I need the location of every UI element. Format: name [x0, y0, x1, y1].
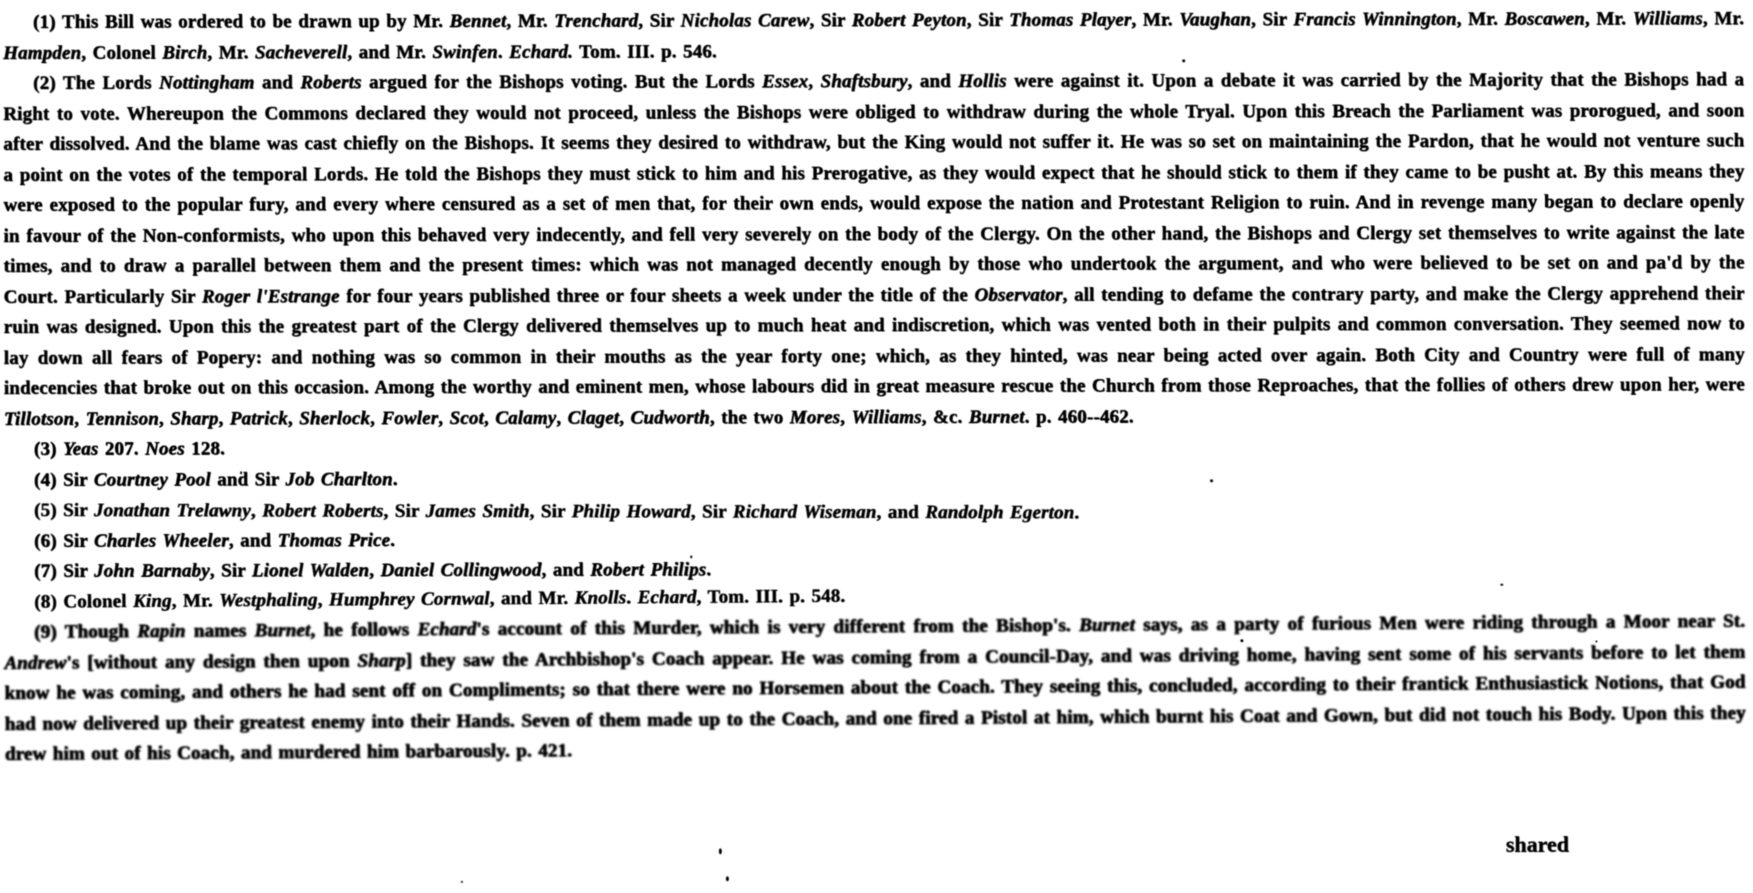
footnote-number: (8)	[34, 591, 63, 612]
footnote-text: , Mr.	[1131, 9, 1179, 30]
footnote-name-italic: Sacheverell	[255, 42, 347, 63]
footnote-name-italic: Nicholas Carew	[681, 10, 810, 31]
footnote-text: .	[1074, 502, 1079, 523]
footnote-name-italic: Robert Peyton	[852, 10, 967, 31]
footnote-text: Sir	[63, 500, 94, 521]
footnote-name-italic: Sherlock	[299, 408, 370, 429]
footnote-name-italic: Boscawen	[1504, 9, 1584, 30]
footnote-name-italic: Williams	[1633, 8, 1703, 29]
footnote-text: Sir	[63, 561, 94, 582]
footnote-text: ,	[370, 408, 381, 429]
footnotes-list: (1) This Bill was ordered to be drawn up…	[0, 0, 1753, 770]
footnote-number: (5)	[34, 500, 63, 521]
footnote-name-italic: Trenchard	[554, 10, 638, 31]
footnote-text: , the two	[710, 407, 790, 428]
footnote-text: , and	[908, 71, 959, 92]
footnote-name-italic: Andrew	[4, 652, 66, 673]
footnote-name-italic: Hampden	[3, 42, 81, 63]
ink-speck	[726, 876, 729, 881]
footnote-name-italic: Echard.	[509, 41, 573, 62]
footnote-name-italic: John Barnaby	[94, 560, 210, 581]
footnote: (9) Though Rapin names Burnet, he follow…	[4, 607, 1746, 771]
ink-speck	[690, 555, 692, 558]
footnote-text: .	[393, 469, 398, 490]
footnote-name-italic: Yeas	[63, 439, 98, 460]
footnote-text: ,	[318, 589, 329, 610]
footnote-name-italic: Thomas Player	[1009, 9, 1131, 30]
footnote-name-italic: Roberts	[300, 72, 361, 93]
footnote-name-italic: Observator	[975, 284, 1063, 305]
footnote: (1) This Bill was ordered to be drawn up…	[3, 4, 1744, 69]
footnote-text: argued for the Bishops voting. But the L…	[362, 71, 762, 93]
footnote-name-italic: Essex	[762, 71, 808, 92]
footnote-number: (4)	[34, 469, 63, 490]
footnote-number: (7)	[34, 561, 63, 582]
footnote-text: ,	[288, 408, 299, 429]
footnote-text: , Mr.	[207, 42, 255, 63]
footnote-text: 's [without any design then upon	[66, 650, 357, 673]
footnote-number: (3)	[34, 439, 63, 460]
footnote-text: , Sir	[967, 10, 1009, 31]
footnote-name-italic: Courtney Pool	[94, 469, 211, 490]
footnote-text: , Mr.	[506, 11, 554, 32]
footnote-name-italic: Burnet	[969, 406, 1025, 427]
footnote-text: .	[498, 41, 509, 62]
footnote: (5) Sir Jonathan Trelawny, Robert Robert…	[4, 496, 1745, 530]
footnote-name-italic: Calamy	[495, 407, 556, 428]
footnote-text: , Sir	[638, 10, 680, 31]
footnote-text: , Sir	[809, 10, 851, 31]
footnote-text: names	[185, 620, 254, 641]
footnote-text: , and	[542, 560, 591, 581]
footnote: (3) Yeas 207. Noes 128.	[4, 431, 1745, 465]
footnote-name-italic: James Smith	[426, 501, 530, 522]
footnote-name-italic: Knolls	[575, 587, 627, 608]
footnote-name-italic: Scot	[450, 407, 484, 428]
footnote-name-italic: Roger l'Estrange	[202, 286, 340, 307]
footnote: (2) The Lords Nottingham and Roberts arg…	[3, 65, 1745, 435]
footnote-name-italic: Fowler	[381, 407, 438, 428]
footnote-text: . p. 460--462.	[1025, 406, 1134, 427]
footnote-text: , he follows	[310, 619, 417, 641]
footnote-text: and Sir	[211, 469, 286, 490]
footnote-text: , Sir	[691, 501, 733, 522]
footnote-name-italic: Mores	[790, 407, 840, 428]
footnote-text: and	[255, 72, 301, 93]
footnote-name-italic: Bennet	[450, 11, 507, 32]
footnote-text: , Tom. III. p. 548.	[696, 585, 845, 607]
footnote-text: ,	[369, 560, 380, 581]
footnote-name-italic: Sharp	[170, 408, 218, 429]
ink-speck	[719, 848, 722, 854]
footnote-text: This Bill was ordered to be drawn up by …	[62, 11, 450, 33]
footnote-name-italic: Noes	[145, 438, 185, 459]
footnote-text: ,	[556, 407, 567, 428]
footnote-number: (1)	[33, 12, 62, 33]
footnote-name-italic: Burnet	[1079, 615, 1135, 636]
footnote-text: Sir	[63, 530, 94, 551]
footnote-name-italic: Williams	[851, 406, 921, 427]
ink-speck	[1595, 640, 1597, 642]
footnote-name-italic: Thomas Price	[278, 530, 391, 551]
footnote-text: , Sir	[384, 501, 426, 522]
footnote-name-italic: King	[133, 590, 172, 611]
footnote-name-italic: Nottingham	[159, 72, 255, 93]
footnote-text: 's account of this Murder, which is very…	[476, 615, 1079, 640]
footnote-text: , Sir	[1251, 9, 1293, 30]
footnote-text: Though	[65, 621, 138, 642]
footnote-text: ,	[484, 407, 495, 428]
ink-speck	[240, 471, 242, 474]
scanned-book-page: (1) This Bill was ordered to be drawn up…	[0, 0, 1753, 893]
ink-speck	[1210, 479, 1213, 482]
footnote-text: , Colonel	[81, 42, 162, 63]
footnote: (4) Sir Courtney Pool and Sir Job Charlt…	[4, 462, 1745, 496]
ink-speck	[1182, 59, 1185, 62]
footnote-name-italic: Claget	[568, 407, 620, 428]
ink-speck	[1240, 639, 1243, 642]
ink-speck	[1679, 198, 1681, 200]
ink-speck	[1099, 18, 1101, 20]
footnote-text: ,	[438, 407, 449, 428]
footnote-text: , &c.	[922, 406, 969, 427]
footnote-text: 207.	[98, 439, 145, 460]
footnote-text: , Mr.	[1703, 8, 1744, 29]
footnote-text: , and Mr.	[490, 587, 575, 609]
footnote-name-italic: Birch	[162, 42, 207, 63]
footnote-text: .	[626, 587, 637, 608]
footnote-name-italic: Echard	[417, 619, 476, 640]
footnote-text: 128.	[185, 438, 225, 459]
ink-speck	[461, 881, 463, 883]
ink-speck	[900, 512, 902, 514]
footnote-name-italic: Richard Wiseman	[733, 501, 877, 522]
footnote-text: were against it. Upon a debate it was ca…	[3, 69, 1744, 307]
footnote-text: The Lords	[63, 73, 159, 94]
footnote-name-italic: Francis Winnington	[1293, 9, 1456, 30]
footnote-text: ,	[219, 408, 230, 429]
footnote-name-italic: Patrick	[230, 408, 288, 429]
footnote-text: for four years published three or four s…	[340, 284, 975, 306]
footnote-text: , and Mr.	[347, 41, 432, 62]
footnote-name-italic: Robert Roberts	[262, 500, 383, 521]
footnote-name-italic: Jonathan Trelawny	[94, 500, 251, 521]
footnote-name-italic: Cudworth	[631, 407, 710, 428]
footnote-text: , Sir	[530, 501, 572, 522]
footnote-number: (9)	[34, 621, 65, 642]
footnote-name-italic: Job Charlton	[285, 469, 392, 490]
footnote-text: .	[706, 559, 711, 580]
footnote-text: ,	[74, 408, 85, 429]
footnote-number: (2)	[33, 73, 63, 94]
footnote-name-italic: Hollis	[958, 71, 1006, 92]
footnote-text: ,	[251, 500, 262, 521]
footnote-name-italic: Randolph Egerton	[925, 502, 1074, 523]
footnote-name-italic: Westphaling	[219, 589, 318, 611]
footnote-name-italic: Tennison	[86, 408, 159, 429]
footnote-text: , Mr.	[172, 590, 220, 611]
footnote-name-italic: Humphrey Cornwal	[329, 588, 490, 610]
footnote-text: Colonel	[63, 590, 133, 612]
footnote-number: (6)	[34, 530, 63, 551]
footnote-text: says, as a party of furious Men were rid…	[1135, 611, 1745, 636]
footnote-name-italic: Burnet	[254, 620, 310, 641]
footnote-text: ,	[808, 71, 820, 92]
footnote-name-italic: Shaftsbury	[821, 71, 908, 92]
footnote-name-italic: Philip Howard	[572, 501, 691, 522]
footnote-name-italic: Tillotson	[4, 408, 74, 429]
footnote-name-italic: Charles Wheeler	[94, 530, 229, 551]
footnote-name-italic: Rapin	[137, 621, 185, 642]
footnote-name-italic: Lionel Walden	[252, 560, 369, 581]
footnote-name-italic: Robert Philips	[590, 559, 706, 580]
footnote-text: .	[390, 530, 395, 551]
footnote-name-italic: Vaughan	[1179, 9, 1251, 30]
footnote-text: , Mr.	[1585, 8, 1633, 29]
ink-speck	[1430, 299, 1433, 301]
catchword: shared	[1506, 832, 1569, 858]
footnote-text: Tom. III. p. 546.	[573, 41, 717, 62]
footnote-text: Sir	[63, 469, 94, 490]
footnote-text: ,	[159, 408, 170, 429]
footnote-text: ,	[619, 407, 630, 428]
ink-speck	[1500, 584, 1503, 586]
footnote-text: , Sir	[210, 560, 252, 581]
footnote-name-italic: Swinfen	[432, 41, 498, 62]
footnote-text: , Mr.	[1457, 9, 1505, 30]
footnote-name-italic: Daniel Collingwood	[381, 560, 542, 581]
footnote-name-italic: Sharp	[357, 650, 405, 671]
footnote-name-italic: Echard	[637, 586, 696, 607]
footnote-text: , and	[229, 530, 278, 551]
footnote-text: ,	[840, 407, 851, 428]
